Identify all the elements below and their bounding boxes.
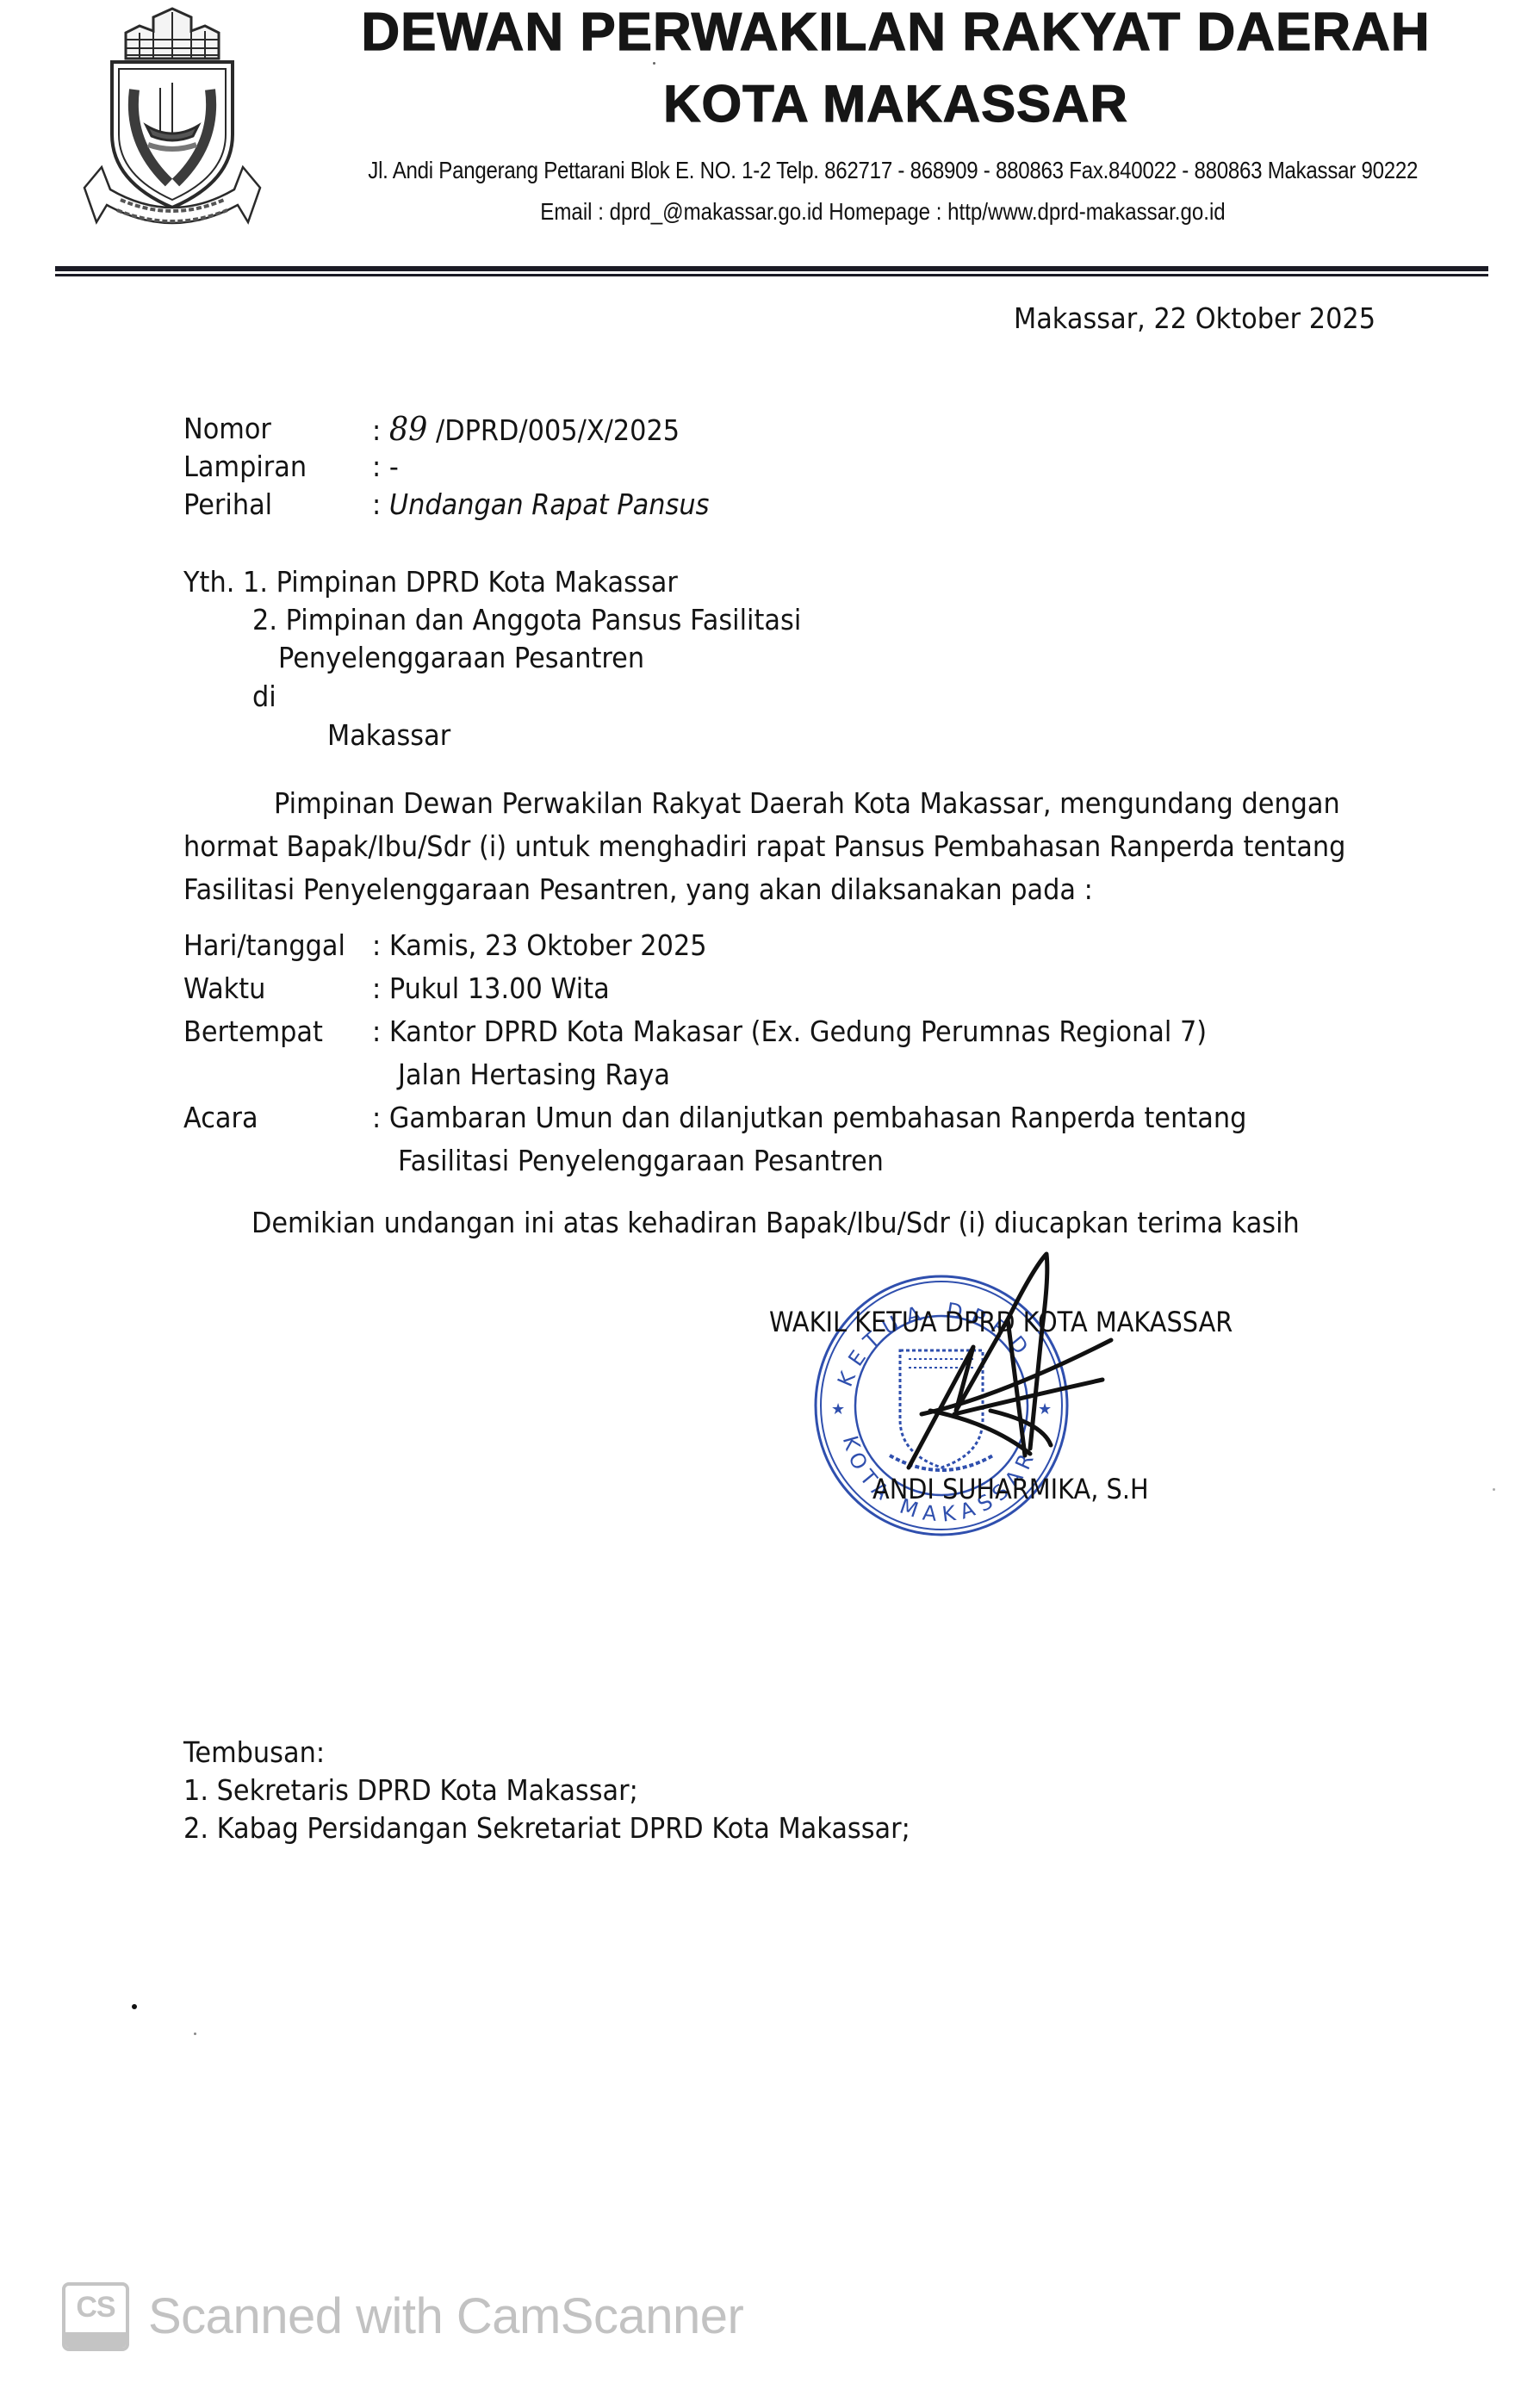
scan-speck bbox=[1493, 1488, 1495, 1491]
schedule-value-agenda-continuation: Fasilitasi Penyelenggaraan Pesantren bbox=[398, 1144, 884, 1178]
schedule-label-date: Hari/tanggal bbox=[183, 928, 345, 963]
colon: : bbox=[372, 450, 389, 483]
letterhead-divider-thin bbox=[55, 274, 1488, 276]
perihal-label: Perihal bbox=[183, 487, 272, 522]
schedule-label-place: Bertempat bbox=[183, 1015, 323, 1049]
perihal-value: : Undangan Rapat Pansus bbox=[372, 487, 709, 522]
recipient-2-continuation: Penyelenggaraan Pesantren bbox=[278, 641, 644, 675]
camscanner-logo-icon: CS bbox=[62, 2282, 129, 2351]
org-name-line-1: DEWAN PERWAKILAN RAKYAT DAERAH bbox=[340, 2, 1451, 63]
letterhead-address: Jl. Andi Pangerang Pettarani Blok E. NO.… bbox=[368, 157, 1397, 184]
body-line-2: hormat Bapak/Ibu/Sdr (i) untuk menghadir… bbox=[183, 829, 1345, 864]
schedule-value-place-continuation: Jalan Hertasing Raya bbox=[398, 1058, 670, 1092]
nomor-value: : 89 /DPRD/005/X/2025 bbox=[372, 412, 680, 448]
recipient-city: Makassar bbox=[327, 718, 450, 753]
scan-speck bbox=[653, 62, 655, 65]
org-name-line-2: KOTA MAKASSAR bbox=[340, 74, 1451, 133]
nomor-label: Nomor bbox=[183, 412, 271, 446]
letterhead-divider-thick bbox=[55, 266, 1488, 271]
colon: : bbox=[372, 413, 389, 447]
letter-date: Makassar, 22 Oktober 2025 bbox=[1014, 301, 1375, 336]
recipient-item: 1. Pimpinan DPRD Kota Makassar bbox=[243, 565, 678, 599]
scan-speck bbox=[132, 2004, 137, 2009]
schedule-value-date: : Kamis, 23 Oktober 2025 bbox=[372, 928, 707, 963]
schedule-label-time: Waktu bbox=[183, 971, 265, 1006]
schedule-value-time: : Pukul 13.00 Wita bbox=[372, 971, 610, 1006]
closing-sentence: Demikian undangan ini atas kehadiran Bap… bbox=[251, 1206, 1300, 1240]
nomor-handwritten-number: 89 bbox=[389, 410, 427, 448]
body-line-3: Fasilitasi Penyelenggaraan Pesantren, ya… bbox=[183, 872, 1093, 907]
perihal-text: Undangan Rapat Pansus bbox=[389, 487, 710, 521]
camscanner-watermark-text: Scanned with CamScanner bbox=[148, 2287, 743, 2345]
lampiran-value: : - bbox=[372, 450, 399, 484]
letterhead-contact: Email : dprd_@makassar.go.id Homepage : … bbox=[368, 198, 1397, 226]
recipient-1: Yth. 1. Pimpinan DPRD Kota Makassar bbox=[183, 565, 678, 599]
schedule-value-place: : Kantor DPRD Kota Makasar (Ex. Gedung P… bbox=[372, 1015, 1207, 1049]
recipient-2: 2. Pimpinan dan Anggota Pansus Fasilitas… bbox=[252, 603, 801, 637]
colon: : bbox=[372, 487, 389, 521]
cc-item: 1. Sekretaris DPRD Kota Makassar; bbox=[183, 1773, 638, 1808]
camscanner-badge-bar bbox=[65, 2332, 126, 2348]
city-coat-of-arms-icon bbox=[76, 5, 269, 238]
cc-item: 2. Kabag Persidangan Sekretariat DPRD Ko… bbox=[183, 1811, 910, 1846]
svg-text:★: ★ bbox=[831, 1400, 845, 1418]
schedule-value-agenda: : Gambaran Umun dan dilanjutkan pembahas… bbox=[372, 1101, 1246, 1135]
lampiran-text: - bbox=[389, 450, 399, 483]
body-line-1: Pimpinan Dewan Perwakilan Rakyat Daerah … bbox=[274, 786, 1340, 821]
signatory-name: ANDI SUHARMIKA, S.H bbox=[872, 1473, 1149, 1505]
cc-heading: Tembusan: bbox=[183, 1735, 325, 1770]
recipient-di: di bbox=[252, 680, 276, 714]
schedule-label-agenda: Acara bbox=[183, 1101, 258, 1135]
recipient-prefix: Yth. bbox=[183, 565, 234, 599]
camscanner-badge-text: CS bbox=[65, 2291, 126, 2324]
scan-speck bbox=[194, 2033, 196, 2035]
nomor-suffix: /DPRD/005/X/2025 bbox=[427, 413, 680, 447]
lampiran-label: Lampiran bbox=[183, 450, 307, 484]
